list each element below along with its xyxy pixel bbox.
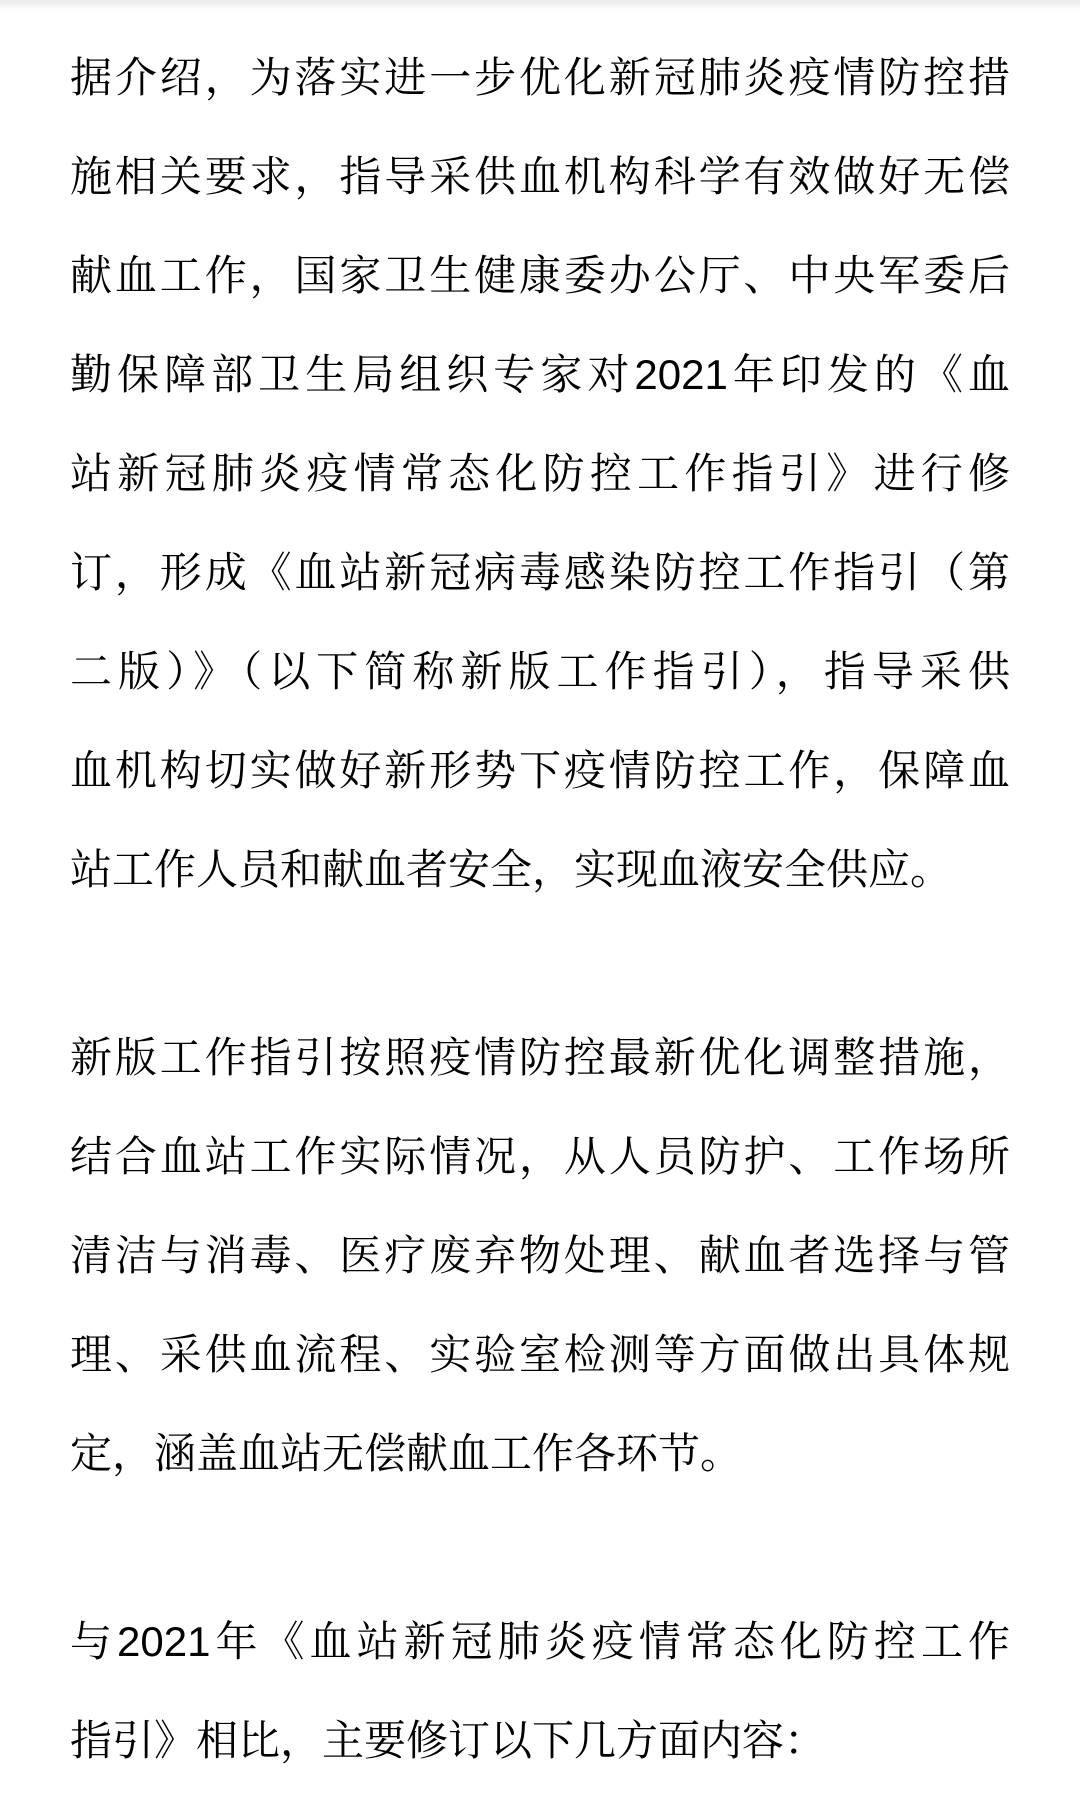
- text-line: 二版）》（以下简称新版工作指引），指导采供: [70, 622, 1010, 721]
- text-line: 理、采供血流程、实验室检测等方面做出具体规: [70, 1305, 1010, 1404]
- text-line: 献血工作，国家卫生健康委办公厅、中央军委后: [70, 226, 1010, 325]
- paragraph: 据介绍，为落实进一步优化新冠肺炎疫情防控措 施相关要求，指导采供血机构科学有效做…: [70, 28, 1010, 919]
- text-line: 订，形成《血站新冠病毒感染防控工作指引（第: [70, 523, 1010, 622]
- text-line: 施相关要求，指导采供血机构科学有效做好无偿: [70, 127, 1010, 226]
- text-line: 血机构切实做好新形势下疫情防控工作，保障血: [70, 721, 1010, 820]
- text-line: 与2021年《血站新冠肺炎疫情常态化防控工作: [70, 1592, 1010, 1691]
- text-line: 结合血站工作实际情况，从人员防护、工作场所: [70, 1107, 1010, 1206]
- text-line: 定，涵盖血站无偿献血工作各环节。: [70, 1404, 1010, 1503]
- text-line: 清洁与消毒、医疗废弃物处理、献血者选择与管: [70, 1206, 1010, 1305]
- article-body: 据介绍，为落实进一步优化新冠肺炎疫情防控措 施相关要求，指导采供血机构科学有效做…: [0, 0, 1080, 1790]
- paragraph: 与2021年《血站新冠肺炎疫情常态化防控工作 指引》相比，主要修订以下几方面内容…: [70, 1592, 1010, 1790]
- text-line: 指引》相比，主要修订以下几方面内容：: [70, 1691, 1010, 1790]
- paragraph: 新版工作指引按照疫情防控最新优化调整措施， 结合血站工作实际情况，从人员防护、工…: [70, 1008, 1010, 1503]
- text-line: 勤保障部卫生局组织专家对2021年印发的《血: [70, 325, 1010, 424]
- article-page: { "page": { "background_color": "#ffffff…: [0, 0, 1080, 1796]
- text-line: 站新冠肺炎疫情常态化防控工作指引》进行修: [70, 424, 1010, 523]
- text-line: 据介绍，为落实进一步优化新冠肺炎疫情防控措: [70, 28, 1010, 127]
- text-line: 新版工作指引按照疫情防控最新优化调整措施，: [70, 1008, 1010, 1107]
- text-line: 站工作人员和献血者安全，实现血液安全供应。: [70, 820, 1010, 919]
